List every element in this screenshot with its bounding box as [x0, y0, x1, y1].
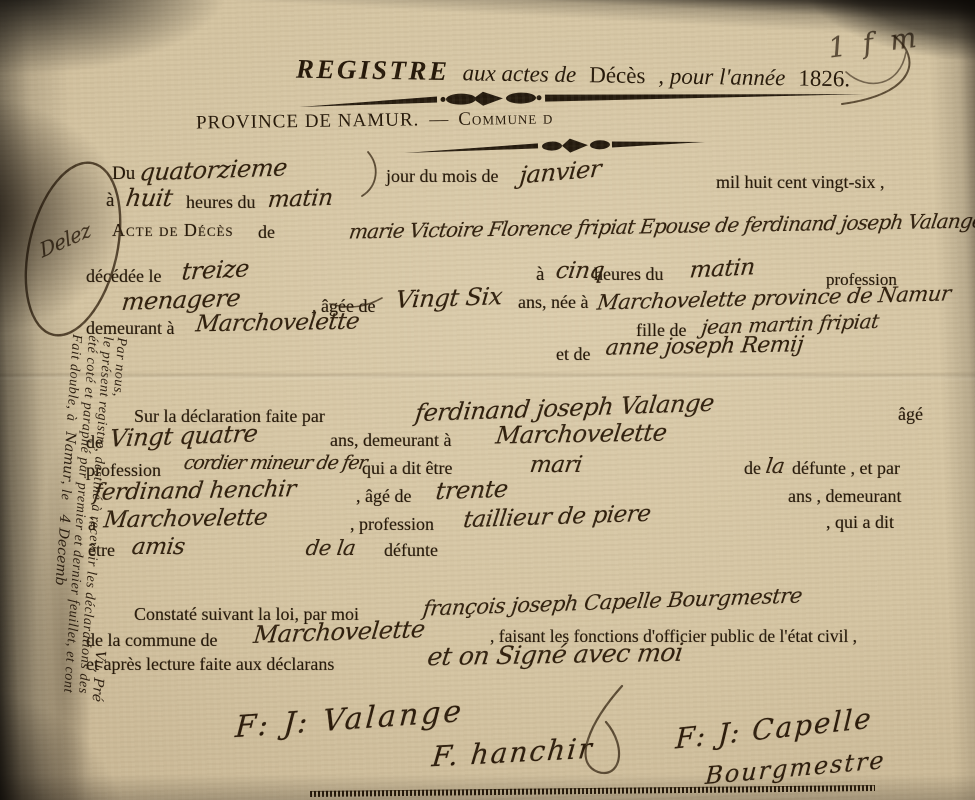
death-register-page: REGISTRE aux actes de Décès , pour l'ann… [0, 0, 975, 800]
ink-flourishes [0, 0, 975, 800]
